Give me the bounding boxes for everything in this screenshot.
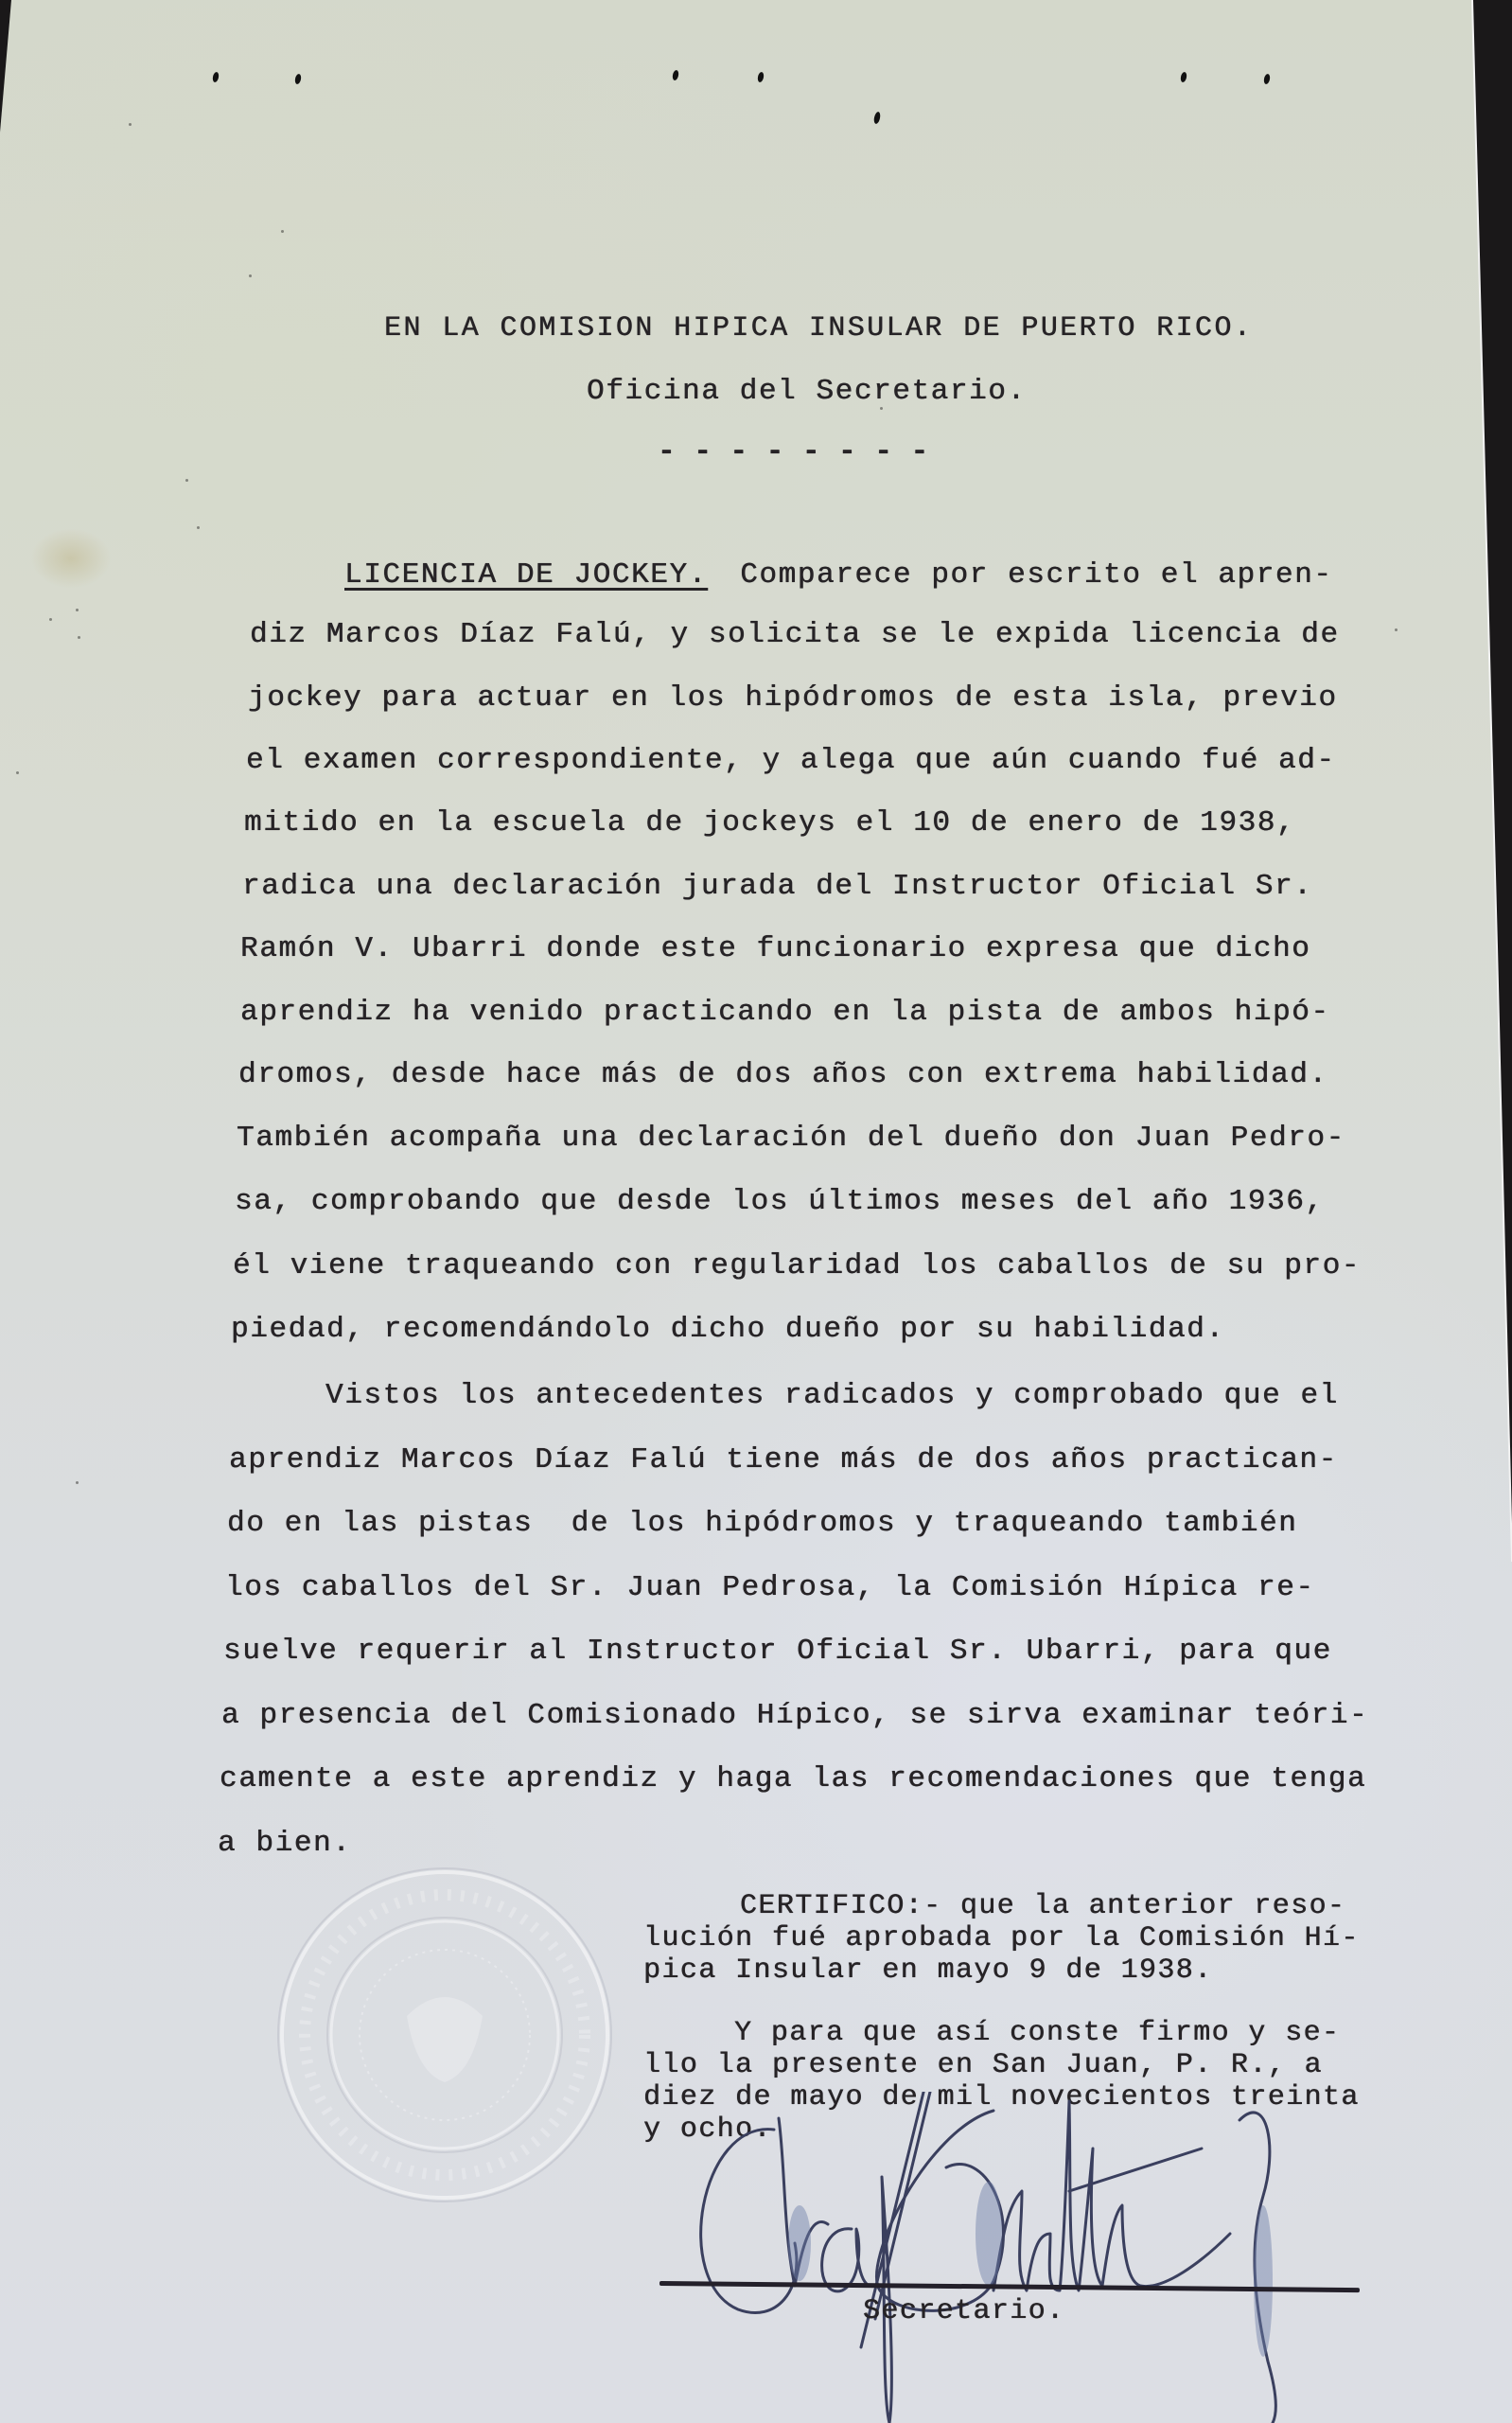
signatory-title: Secretario.: [863, 2295, 1064, 2327]
paragraph-line: él viene traqueando con regularidad los …: [233, 1249, 1361, 1282]
paragraph-line: También acompaña una declaración del due…: [237, 1122, 1345, 1155]
paragraph-line: aprendiz Marcos Díaz Falú tiene más de d…: [229, 1443, 1338, 1477]
attestation-line: llo la presente en San Juan, P. R., a: [643, 2049, 1323, 2081]
paragraph-line: camente a este aprendiz y haga las recom…: [220, 1762, 1366, 1795]
paper-speck: [76, 609, 79, 611]
paper-speck: [129, 123, 132, 126]
paper-speck: [1395, 628, 1398, 631]
document-title: EN LA COMISION HIPICA INSULAR DE PUERTO …: [384, 312, 1253, 345]
paper-speck: [197, 526, 200, 529]
paragraph-line: diz Marcos Díaz Falú, y solicita se le e…: [250, 618, 1340, 651]
paper-speck: [185, 479, 188, 482]
office-subtitle: Oficina del Secretario.: [587, 375, 1027, 408]
certification-line: pica Insular en mayo 9 de 1938.: [643, 1954, 1213, 1987]
paragraph-line: sa, comprobando que desde los últimos me…: [235, 1185, 1325, 1218]
certification-line: lución fué aprobada por la Comisión Hí-: [643, 1922, 1360, 1954]
paragraph-line: suelve requerir al Instructor Oficial Sr…: [223, 1635, 1332, 1668]
paragraph-line: Vistos los antecedentes radicados y comp…: [325, 1379, 1339, 1412]
section-heading: LICENCIA DE JOCKEY.: [344, 558, 708, 592]
attestation-line: Y para que así conste firmo y se-: [734, 2017, 1340, 2049]
certification-line: CERTIFICO:- que la anterior reso-: [740, 1890, 1345, 1922]
paper-speck: [16, 771, 19, 774]
paragraph-line: el examen correspondiente, y alega que a…: [246, 744, 1336, 777]
paragraph-line: jockey para actuar en los hipódromos de …: [248, 681, 1338, 715]
paragraph-line: Ramón V. Ubarri donde este funcionario e…: [240, 932, 1310, 965]
paper-speck: [76, 1481, 79, 1484]
paragraph-line: los caballos del Sr. Juan Pedrosa, la Co…: [225, 1571, 1315, 1604]
paragraph-line: aprendiz ha venido practicando en la pis…: [240, 996, 1330, 1029]
paragraph-line: mitido en la escuela de jockeys el 10 de…: [244, 806, 1295, 840]
separator-dashes: - - - - - - - -: [658, 435, 929, 469]
handwritten-signature: [662, 2092, 1419, 2423]
paragraph-line: do en las pistas de los hipódromos y tra…: [227, 1507, 1297, 1540]
embossed-seal: [265, 1855, 624, 2215]
paragraph-line: a presencia del Comisionado Hípico, se s…: [221, 1699, 1368, 1732]
paper-speck: [78, 636, 80, 639]
paper-speck: [49, 618, 52, 621]
paper-speck: [281, 230, 284, 233]
paragraph-line: radica una declaración jurada del Instru…: [242, 870, 1312, 903]
paragraph-line: dromos, desde hace más de dos años con e…: [238, 1058, 1328, 1091]
paper-speck: [249, 274, 252, 277]
paragraph-line: piedad, recomendándolo dicho dueño por s…: [231, 1313, 1225, 1346]
paragraph-line: Comparece por escrito el apren-: [721, 558, 1333, 592]
